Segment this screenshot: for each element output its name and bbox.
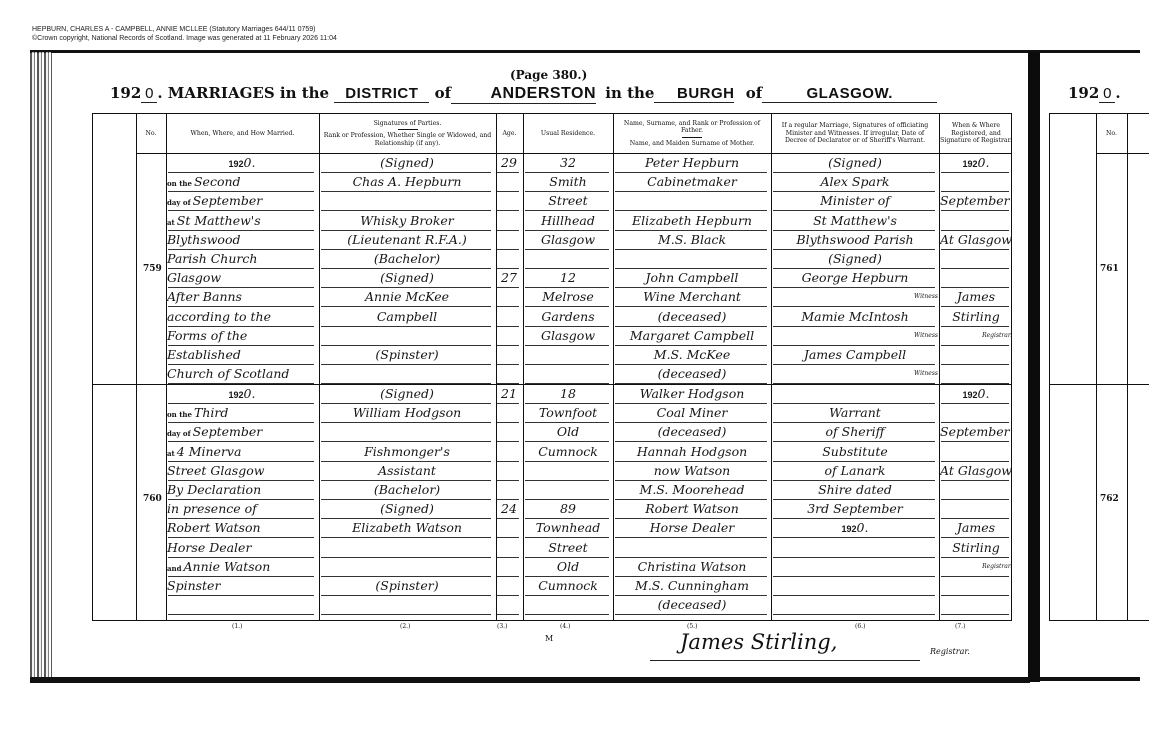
when-text: at4 Minerva xyxy=(167,443,317,462)
margin-mark: M xyxy=(545,634,553,643)
signatures-text: (Bachelor) xyxy=(320,481,494,500)
registered-text xyxy=(940,346,1012,365)
entry-number: 759 xyxy=(143,264,162,274)
when-text: day ofSeptember xyxy=(167,423,317,442)
age-text xyxy=(496,192,522,211)
registered-text: Stirling xyxy=(940,539,1012,558)
signatures-text xyxy=(320,192,494,211)
book-binding-edge xyxy=(30,52,52,680)
minister-text: Witness xyxy=(772,327,938,346)
minister-text: Alex Spark xyxy=(772,173,938,192)
of-label-2: of xyxy=(746,84,762,102)
age-text xyxy=(496,327,522,346)
column-number: (7.) xyxy=(955,623,965,630)
when-text: Robert Watson xyxy=(167,519,317,538)
signatures-text xyxy=(320,558,494,577)
registered-text: At Glasgow xyxy=(940,462,1012,481)
registered-text xyxy=(940,596,1012,615)
when-text: Established xyxy=(167,346,317,365)
registered-text: 1920. xyxy=(940,385,1012,404)
col-header-no: No. xyxy=(1096,114,1127,153)
age-text: 24 xyxy=(496,500,522,519)
registered-text xyxy=(940,481,1012,500)
signature-line xyxy=(650,660,920,661)
registered-text: Registrar. xyxy=(940,327,1012,346)
page-number: (Page 380.) xyxy=(510,68,587,82)
signatures-text: Chas A. Hepburn xyxy=(320,173,494,192)
col-header-no: No. xyxy=(136,114,166,153)
minister-text: St Matthew's xyxy=(772,212,938,231)
when-text: 1920. xyxy=(167,385,317,404)
parents-text: Elizabeth Hepburn xyxy=(614,212,770,231)
registrar-label: Registrar. xyxy=(930,647,970,656)
when-text: atSt Matthew's xyxy=(167,212,317,231)
parents-text: Wine Merchant xyxy=(614,288,770,307)
registered-text xyxy=(940,173,1012,192)
residence-text xyxy=(524,596,612,615)
residence-text xyxy=(524,250,612,269)
parents-text: M.S. McKee xyxy=(614,346,770,365)
residence-text: Glasgow xyxy=(524,231,612,250)
col-header-registered: When & Where Registered, and Signature o… xyxy=(939,114,1013,153)
minister-text: Minister of xyxy=(772,192,938,211)
district-name: ANDERSTON xyxy=(451,85,596,104)
col-divider xyxy=(1127,114,1128,620)
age-text xyxy=(496,558,522,577)
minister-text: Shire dated xyxy=(772,481,938,500)
registered-text xyxy=(940,500,1012,519)
year-prefix: 192 xyxy=(1068,84,1099,102)
signatures-text: (Signed) xyxy=(320,500,494,519)
when-text: Blythswood xyxy=(167,231,317,250)
when-text: according to the xyxy=(167,308,317,327)
registered-text xyxy=(940,269,1012,288)
registered-text xyxy=(940,212,1012,231)
minister-text xyxy=(772,577,938,596)
signatures-text xyxy=(320,365,494,384)
when-text: Parish Church xyxy=(167,250,317,269)
signatures-text: (Spinster) xyxy=(320,346,494,365)
parents-text: Walker Hodgson xyxy=(614,385,770,404)
minister-text: Substitute xyxy=(772,443,938,462)
age-text xyxy=(496,231,522,250)
residence-text: Old xyxy=(524,558,612,577)
header-rule xyxy=(398,129,418,130)
registered-text: 1920. xyxy=(940,154,1012,173)
col-header-signatures: Signatures of Parties. Rank or Professio… xyxy=(319,114,496,153)
age-text xyxy=(496,250,522,269)
col-header-minister: If a regular Marriage, Signatures of off… xyxy=(771,114,939,153)
parents-text: (deceased) xyxy=(614,423,770,442)
age-text xyxy=(496,519,522,538)
registered-text: James xyxy=(940,288,1012,307)
col-header-residence: Usual Residence. xyxy=(523,114,613,153)
registered-text: Stirling xyxy=(940,308,1012,327)
district-type: DISTRICT xyxy=(334,85,429,103)
signatures-text xyxy=(320,539,494,558)
residence-text: Smith xyxy=(524,173,612,192)
copyright-notice: ©Crown copyright, National Records of Sc… xyxy=(32,34,337,43)
signatures-text xyxy=(320,596,494,615)
registered-text: Registrar. xyxy=(940,558,1012,577)
scan-bottom-edge-right xyxy=(1040,677,1140,681)
age-text xyxy=(496,577,522,596)
parents-text: now Watson xyxy=(614,462,770,481)
signatures-text: Assistant xyxy=(320,462,494,481)
of-label: of xyxy=(435,84,451,102)
age-text xyxy=(496,404,522,423)
minister-text: of Lanark xyxy=(772,462,938,481)
col-header-age: Age. xyxy=(496,114,523,153)
parents-text xyxy=(614,539,770,558)
when-text: 1920. xyxy=(167,154,317,173)
year-prefix: 192 xyxy=(110,84,141,102)
parents-text: M.S. Cunningham xyxy=(614,577,770,596)
minister-text: (Signed) xyxy=(772,154,938,173)
residence-text xyxy=(524,346,612,365)
signatures-text: Campbell xyxy=(320,308,494,327)
registered-text xyxy=(940,250,1012,269)
residence-text xyxy=(524,462,612,481)
minister-text: (Signed) xyxy=(772,250,938,269)
residence-text: Old xyxy=(524,423,612,442)
minister-text xyxy=(772,596,938,615)
signatures-text: (Lieutenant R.F.A.) xyxy=(320,231,494,250)
signatures-text: (Bachelor) xyxy=(320,250,494,269)
entry-number: 760 xyxy=(143,494,162,504)
burgh-name: GLASGOW. xyxy=(762,85,937,103)
parents-text: Robert Watson xyxy=(614,500,770,519)
when-text: Horse Dealer xyxy=(167,539,317,558)
signatures-text xyxy=(320,423,494,442)
parents-text: M.S. Black xyxy=(614,231,770,250)
parents-text: (deceased) xyxy=(614,308,770,327)
age-text xyxy=(496,596,522,615)
age-text xyxy=(496,173,522,192)
residence-text xyxy=(524,365,612,384)
col-header-signatures-top: Signatures of Parties. xyxy=(374,120,442,128)
signatures-text: (Signed) xyxy=(320,385,494,404)
entry-number: 762 xyxy=(1100,494,1119,504)
signatures-text: Whisky Broker xyxy=(320,212,494,231)
col-divider xyxy=(1096,114,1097,620)
parents-text: Peter Hepburn xyxy=(614,154,770,173)
signatures-text xyxy=(320,327,494,346)
registered-text xyxy=(940,577,1012,596)
residence-text: 18 xyxy=(524,385,612,404)
when-text: Spinster xyxy=(167,577,317,596)
record-caption: HEPBURN, CHARLES A - CAMPBELL, ANNIE MCL… xyxy=(32,25,337,43)
scan-top-edge xyxy=(30,50,1140,53)
parents-text: Cabinetmaker xyxy=(614,173,770,192)
registered-text: At Glasgow xyxy=(940,231,1012,250)
minister-text xyxy=(772,539,938,558)
signatures-text: (Signed) xyxy=(320,154,494,173)
record-title: HEPBURN, CHARLES A - CAMPBELL, ANNIE MCL… xyxy=(32,25,337,34)
registered-text: James xyxy=(940,519,1012,538)
age-text: 27 xyxy=(496,269,522,288)
minister-text: James Campbell xyxy=(772,346,938,365)
residence-text: 12 xyxy=(524,269,612,288)
header-rule xyxy=(682,137,702,138)
parents-text: M.S. Moorehead xyxy=(614,481,770,500)
column-number: (2.) xyxy=(400,623,410,630)
entry-divider xyxy=(1050,384,1149,385)
age-text xyxy=(496,539,522,558)
minister-text: Witness xyxy=(772,288,938,307)
age-text: 21 xyxy=(496,385,522,404)
registered-text xyxy=(940,365,1012,384)
age-text xyxy=(496,443,522,462)
parents-text xyxy=(614,192,770,211)
year-digit: 0 xyxy=(141,85,157,103)
col-divider xyxy=(136,114,137,620)
residence-text: Cumnock xyxy=(524,577,612,596)
signatures-text: Fishmonger's xyxy=(320,443,494,462)
registered-text: September 3rd xyxy=(940,423,1012,442)
registered-text: September 3rd xyxy=(940,192,1012,211)
residence-text: 89 xyxy=(524,500,612,519)
column-number: (1.) xyxy=(232,623,242,630)
burgh-type: BURGH xyxy=(654,85,734,103)
col-header-parents: Name, Surname, and Rank or Profession of… xyxy=(613,114,771,153)
when-text: Forms of the xyxy=(167,327,317,346)
age-text: 29 xyxy=(496,154,522,173)
residence-text: Melrose xyxy=(524,288,612,307)
column-number: (6.) xyxy=(855,623,865,630)
age-text xyxy=(496,365,522,384)
residence-text: Townhead xyxy=(524,519,612,538)
age-text xyxy=(496,462,522,481)
col-header-signatures-bottom: Rank or Profession, Whether Single or Wi… xyxy=(319,132,496,147)
signatures-text: (Spinster) xyxy=(320,577,494,596)
when-text: By Declaration xyxy=(167,481,317,500)
registered-text xyxy=(940,443,1012,462)
parents-text xyxy=(614,250,770,269)
when-text: After Banns xyxy=(167,288,317,307)
parents-text: Margaret Campbell xyxy=(614,327,770,346)
age-text xyxy=(496,288,522,307)
residence-text: Glasgow xyxy=(524,327,612,346)
when-text: on theSecond xyxy=(167,173,317,192)
minister-text xyxy=(772,385,938,404)
parents-text: Horse Dealer xyxy=(614,519,770,538)
signatures-text: Annie McKee xyxy=(320,288,494,307)
col-header-mother: Name, and Maiden Surname of Mother. xyxy=(630,140,755,148)
parents-text: Hannah Hodgson xyxy=(614,443,770,462)
parents-text: Coal Miner xyxy=(614,404,770,423)
when-text xyxy=(167,596,317,615)
signatures-text: Elizabeth Watson xyxy=(320,519,494,538)
entry-number: 761 xyxy=(1100,264,1119,274)
when-text: Glasgow xyxy=(167,269,317,288)
age-text xyxy=(496,308,522,327)
year-digit: 0 xyxy=(1099,85,1115,103)
next-page-table: No. 761 762 xyxy=(1049,113,1149,621)
page-gutter xyxy=(1028,52,1040,682)
age-text xyxy=(496,423,522,442)
residence-text: Townfoot xyxy=(524,404,612,423)
when-text: Street Glasgow xyxy=(167,462,317,481)
residence-text: Hillhead xyxy=(524,212,612,231)
minister-text: Blythswood Parish xyxy=(772,231,938,250)
when-text: Church of Scotland xyxy=(167,365,317,384)
when-text: in presence of xyxy=(167,500,317,519)
minister-text: Witness xyxy=(772,365,938,384)
registrar-signature: James Stirling, xyxy=(680,630,837,654)
age-text xyxy=(496,481,522,500)
header-divider xyxy=(1096,153,1149,154)
next-page-year: 1920. xyxy=(1068,84,1121,103)
parents-text: (deceased) xyxy=(614,365,770,384)
column-number: (3.) xyxy=(497,623,507,630)
residence-text: Cumnock xyxy=(524,443,612,462)
minister-text: George Hepburn xyxy=(772,269,938,288)
minister-text: Mamie McIntosh xyxy=(772,308,938,327)
minister-text: of Sheriff xyxy=(772,423,938,442)
title-text: . MARRIAGES in the xyxy=(157,84,329,102)
parents-text: John Campbell xyxy=(614,269,770,288)
residence-text: Street xyxy=(524,539,612,558)
when-text: andAnnie Watson xyxy=(167,558,317,577)
age-text xyxy=(496,346,522,365)
minister-text: 1920. xyxy=(772,519,938,538)
col-header-father: Name, Surname, and Rank or Profession of… xyxy=(613,120,771,135)
residence-text: Gardens xyxy=(524,308,612,327)
signatures-text: (Signed) xyxy=(320,269,494,288)
register-title: 1920. MARRIAGES in the DISTRICT ofANDERS… xyxy=(110,84,937,104)
age-text xyxy=(496,212,522,231)
minister-text xyxy=(772,558,938,577)
when-text: on theThird xyxy=(167,404,317,423)
col-header-when: When, Where, and How Married. xyxy=(166,114,319,153)
residence-text: Street xyxy=(524,192,612,211)
signatures-text: William Hodgson xyxy=(320,404,494,423)
in-the-label: in the xyxy=(605,84,654,102)
column-number: (4.) xyxy=(560,623,570,630)
column-number: (5.) xyxy=(687,623,697,630)
scan-bottom-edge xyxy=(30,677,1030,683)
minister-text: 3rd September xyxy=(772,500,938,519)
parents-text: (deceased) xyxy=(614,596,770,615)
when-text: day ofSeptember xyxy=(167,192,317,211)
residence-text: 32 xyxy=(524,154,612,173)
residence-text xyxy=(524,481,612,500)
minister-text: Warrant xyxy=(772,404,938,423)
registered-text xyxy=(940,404,1012,423)
parents-text: Christina Watson xyxy=(614,558,770,577)
